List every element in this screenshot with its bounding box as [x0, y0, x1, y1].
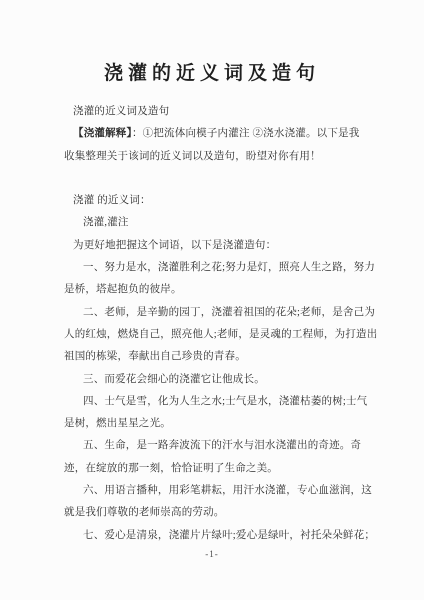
text-line: 人的红烛，燃烧自己，照亮他人;老师，是灵魂的工程师，为打造出 [64, 324, 368, 346]
text-line: 一、努力是水，浇灌胜利之花;努力是灯，照亮人生之路，努力 [64, 257, 368, 279]
line-text: 是桥，塔起抱负的彼岸。 [64, 284, 182, 295]
line-text: 迹，在绽放的那一刻，恰恰证明了生命之美。 [64, 463, 278, 474]
bold-term: 【浇灌解释】 [73, 128, 132, 139]
text-line: 六、用语言播种，用彩笔耕耘，用汗水浇灌，专心血滋润，这 [64, 480, 368, 502]
text-line: 五、生命，是一路奔波流下的汗水与泪水浇灌出的奇迹。奇 [64, 435, 368, 457]
line-text: 三、而爱花会细心的浇灌它让他成长。 [83, 374, 265, 385]
line-text: ：①把流体向模子内灌注 ②浇水浇灌。以下是我 [132, 128, 360, 139]
blank-line [64, 168, 368, 190]
line-text: 人的红烛，燃烧自己，照亮他人;老师，是灵魂的工程师，为打造出 [64, 329, 377, 340]
page-number: -1- [0, 549, 424, 559]
text-line: 浇灌 的近义词： [64, 190, 368, 212]
text-line: 二、老师，是辛勤的园丁，浇灌着祖国的花朵;老师，是舍己为 [64, 302, 368, 324]
line-text: 二、老师，是辛勤的园丁，浇灌着祖国的花朵;老师，是舍己为 [83, 307, 375, 318]
text-line: 三、而爱花会细心的浇灌它让他成长。 [64, 369, 368, 391]
text-line: 就是我们尊敬的老师崇高的劳动。 [64, 502, 368, 524]
text-line: 收集整理关于该词的近义词以及造句，盼望对你有用！ [64, 146, 368, 168]
text-line: 浇灌,灌注 [64, 212, 368, 234]
line-text: 为更好地把握这个词语，以下是浇灌造句： [73, 240, 276, 251]
line-text: 祖国的栋梁，奉献出自己珍贵的青春。 [64, 351, 246, 362]
text-line: 是树，燃出星星之光。 [64, 413, 368, 435]
document-title: 浇灌的近义词及造句 [0, 0, 424, 88]
text-line: 浇灌的近义词及造句 [64, 101, 368, 123]
text-line: 迹，在绽放的那一刻，恰恰证明了生命之美。 [64, 458, 368, 480]
text-line: 为更好地把握这个词语，以下是浇灌造句： [64, 235, 368, 257]
text-line: 七、爱心是清泉，浇灌片片绿叶;爱心是绿叶，衬托朵朵鲜花； [64, 525, 368, 547]
document-body: 浇灌的近义词及造句【浇灌解释】：①把流体向模子内灌注 ②浇水浇灌。以下是我收集整… [0, 101, 424, 547]
document-page: 浇灌的近义词及造句 浇灌的近义词及造句【浇灌解释】：①把流体向模子内灌注 ②浇水… [0, 0, 424, 600]
line-text: 四、士气是雪，化为人生之水;士气是水，浇灌枯萎的树;士气 [83, 396, 367, 407]
line-text: 七、爱心是清泉，浇灌片片绿叶;爱心是绿叶，衬托朵朵鲜花； [83, 530, 375, 541]
text-line: 祖国的栋梁，奉献出自己珍贵的青春。 [64, 346, 368, 368]
line-text: 浇灌 的近义词： [73, 195, 151, 206]
line-text: 是树，燃出星星之光。 [64, 418, 171, 429]
text-line: 是桥，塔起抱负的彼岸。 [64, 279, 368, 301]
text-line: 四、士气是雪，化为人生之水;士气是水，浇灌枯萎的树;士气 [64, 391, 368, 413]
text-line: 【浇灌解释】：①把流体向模子内灌注 ②浇水浇灌。以下是我 [64, 123, 368, 145]
line-text: 收集整理关于该词的近义词以及造句，盼望对你有用！ [64, 151, 321, 162]
line-text: 就是我们尊敬的老师崇高的劳动。 [64, 507, 225, 518]
line-text: 浇灌的近义词及造句 [73, 106, 169, 117]
line-text: 一、努力是水，浇灌胜利之花;努力是灯，照亮人生之路，努力 [83, 262, 375, 273]
line-text: 六、用语言播种，用彩笔耕耘，用汗水浇灌，专心血滋润，这 [83, 485, 372, 496]
line-text: 浇灌,灌注 [83, 217, 129, 228]
line-text: 五、生命，是一路奔波流下的汗水与泪水浇灌出的奇迹。奇 [83, 440, 361, 451]
